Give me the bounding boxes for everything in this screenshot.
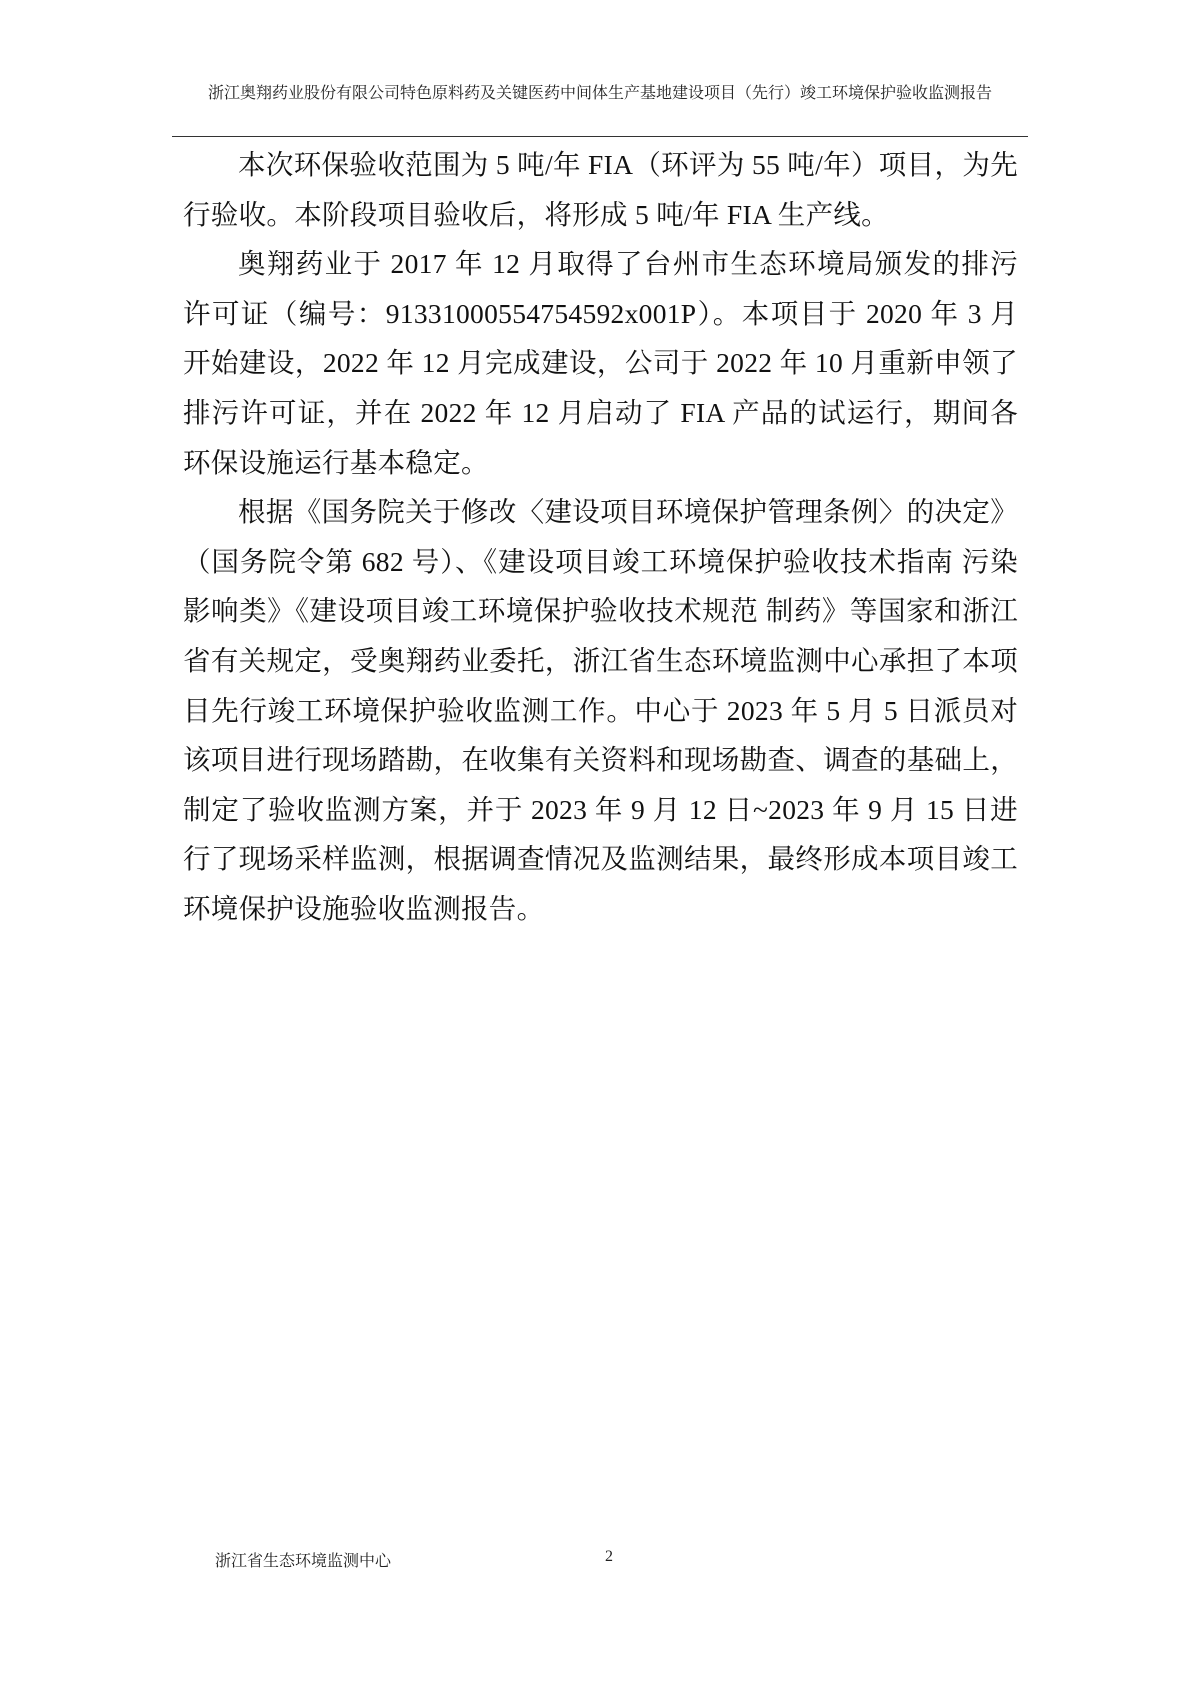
paragraph-basis-and-monitoring: 根据《国务院关于修改〈建设项目环境保护管理条例〉的决定》（国务院令第 682 号…: [183, 487, 1018, 933]
paragraph-scope: 本次环保验收范围为 5 吨/年 FIA（环评为 55 吨/年）项目，为先行验收。…: [183, 140, 1018, 239]
paragraph-permit-history: 奥翔药业于 2017 年 12 月取得了台州市生态环境局颁发的排污许可证（编号：…: [183, 239, 1018, 487]
header-divider: [172, 136, 1028, 137]
document-body: 本次环保验收范围为 5 吨/年 FIA（环评为 55 吨/年）项目，为先行验收。…: [183, 140, 1018, 934]
running-header: 浙江奥翔药业股份有限公司特色原料药及关键医药中间体生产基地建设项目（先行）竣工环…: [172, 82, 1028, 105]
page-number: 2: [605, 1548, 613, 1566]
footer-organization: 浙江省生态环境监测中心: [215, 1548, 391, 1571]
